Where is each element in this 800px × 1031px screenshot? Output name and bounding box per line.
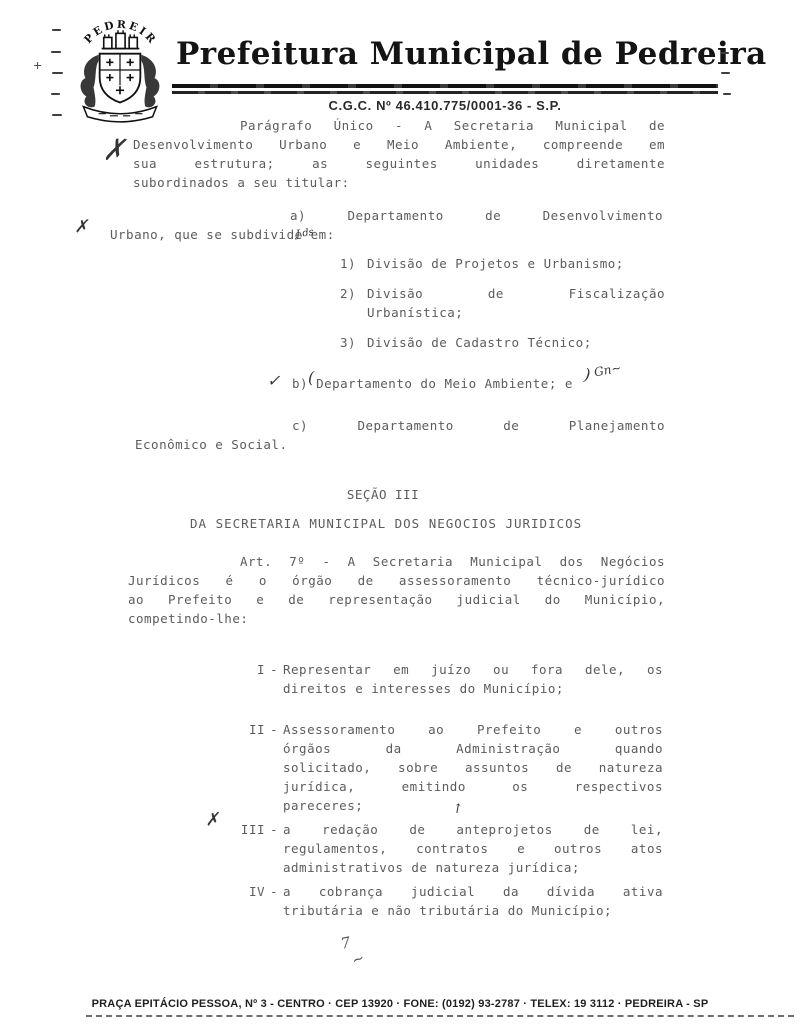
roman-item-I: I - Representar em juízo ou fora dele, o… — [225, 660, 663, 698]
dash: - — [265, 820, 283, 877]
text-line: administrativos de natureza jurídica; — [283, 858, 663, 877]
scan-artifact — [51, 93, 60, 95]
text-line: Urbanística; — [367, 303, 665, 322]
roman-number: II — [225, 720, 265, 815]
roman-item-IV: IV - a cobrança judicial da dívida ativa… — [225, 882, 663, 920]
roman-number: III — [225, 820, 265, 877]
section-heading: SEÇÃO III — [133, 485, 633, 504]
text-line: Econômico e Social. — [135, 435, 665, 454]
text-line: competindo-lhe: — [128, 609, 665, 628]
handwritten-page-number: 7 — [340, 935, 352, 952]
text-line: Divisão de Fiscalização — [367, 284, 665, 303]
roman-item-III: III - a redação de anteprojetos de lei, … — [225, 820, 663, 877]
text-line: tributária e não tributária do Município… — [283, 901, 663, 920]
text-line: Divisão de Cadastro Técnico; — [367, 333, 665, 352]
sublist-item-1: 1) Divisão de Projetos e Urbanismo; — [340, 254, 665, 273]
paragrafo-unico: Parágrafo Único - A Secretaria Municipal… — [133, 116, 665, 192]
text-line: solicitado, sobre assuntos de natureza — [283, 758, 663, 777]
footer-address: PRAÇA EPITÁCIO PESSOA, Nº 3 - CENTRO · C… — [55, 998, 745, 1010]
artigo-7: Art. 7º - A Secretaria Municipal dos Neg… — [128, 552, 665, 628]
handwritten-plus-mark: + — [33, 60, 42, 71]
roman-number: I — [225, 660, 265, 698]
handwritten-flourish: ~ — [349, 950, 367, 969]
handwritten-x-mark: ✗ — [204, 811, 220, 829]
text-line: a) Departamento de Desenvolvimento — [290, 206, 663, 225]
handwritten-check-mark: ✓ — [267, 373, 280, 389]
text-line: Assessoramento ao Prefeito e outros — [283, 720, 663, 739]
item-c: c) Departamento de Planejamento Econômic… — [135, 416, 665, 454]
header-rule-bottom — [172, 91, 718, 94]
emblem-arc-text: PEDREIRA — [66, 12, 160, 47]
handwritten-x-mark: ✗ — [102, 133, 126, 168]
scan-artifact — [52, 114, 62, 116]
sublist-item-3: 3) Divisão de Cadastro Técnico; — [340, 333, 665, 352]
cgc-registration-line: C.G.C. Nº 46.410.775/0001-36 - S.P. — [172, 98, 718, 113]
text-line: regulamentos, contratos e outros atos — [283, 839, 663, 858]
scan-artifact — [723, 93, 731, 95]
item-b: b) Departamento do Meio Ambiente; e — [292, 374, 573, 393]
text-line: jurídica, emitindo os respectivos — [283, 777, 663, 796]
sublist-item-2: 2) Divisão de Fiscalização Urbanística; — [340, 284, 665, 322]
roman-text: a redação de anteprojetos de lei, regula… — [283, 820, 663, 877]
roman-text: a cobrança judicial da dívida ativa trib… — [283, 882, 663, 920]
item-a: a) Departamento de Desenvolvimento Urban… — [110, 206, 663, 244]
text-line: subordinados a seu titular: — [133, 173, 665, 192]
scanned-document-page: PEDREIRA — [0, 0, 800, 1031]
sublist: 1) Divisão de Projetos e Urbanismo; 2) D… — [340, 254, 665, 363]
sublist-text: Divisão de Fiscalização Urbanística; — [367, 284, 665, 322]
sublist-number: 3) — [340, 333, 367, 352]
header-rule-top — [172, 84, 718, 88]
roman-text: Assessoramento ao Prefeito e outros órgã… — [283, 720, 663, 815]
sublist-number: 1) — [340, 254, 367, 273]
scan-artifact — [721, 52, 729, 54]
scan-artifact — [721, 72, 730, 74]
text-line: direitos e interesses do Município; — [283, 679, 663, 698]
handwritten-x-mark: ✗ — [73, 219, 88, 237]
text-line: Art. 7º - A Secretaria Municipal dos Neg… — [240, 552, 665, 571]
text-line: sua estrutura; as seguintes unidades dir… — [133, 154, 665, 173]
dash: - — [265, 660, 283, 698]
scan-artifact — [52, 72, 63, 74]
text-line: a redação de anteprojetos de lei, — [283, 820, 663, 839]
text-line: Divisão de Projetos e Urbanismo; — [367, 254, 665, 273]
municipal-coat-of-arms: PEDREIRA — [66, 12, 174, 130]
text-line: pareceres; — [283, 796, 663, 815]
scan-artifact — [51, 51, 61, 53]
roman-item-II: II - Assessoramento ao Prefeito e outros… — [225, 720, 663, 815]
scan-artifact — [52, 29, 61, 31]
text-line: a cobrança judicial da dívida ativa — [283, 882, 663, 901]
text-line: Urbano, que se subdivide em: — [110, 225, 663, 244]
dash: - — [265, 882, 283, 920]
handwritten-close-paren: ) — [583, 367, 591, 384]
text-line: Jurídicos é o órgão de assessoramento té… — [128, 571, 665, 590]
handwritten-open-paren: ( — [308, 370, 314, 386]
text-line: Desenvolvimento Urbano e Meio Ambiente, … — [133, 135, 665, 154]
text-line: c) Departamento de Planejamento — [292, 416, 665, 435]
shield-icon — [100, 54, 141, 103]
text-line: órgãos da Administração quando — [283, 739, 663, 758]
text-line: Representar em juízo ou fora dele, os — [283, 660, 663, 679]
footer-rule — [86, 1015, 794, 1017]
text-line: ao Prefeito e de representação judicial … — [128, 590, 665, 609]
handwritten-insert-caret: ↑ — [451, 802, 464, 817]
handwritten-scribble: Gn~ — [593, 362, 622, 379]
roman-text: Representar em juízo ou fora dele, os di… — [283, 660, 663, 698]
page-title: Prefeitura Municipal de Pedreira — [176, 36, 736, 72]
dash: - — [265, 720, 283, 815]
text-line: Parágrafo Único - A Secretaria Municipal… — [240, 116, 665, 135]
section-subheading: DA SECRETARIA MUNICIPAL DOS NEGOCIOS JUR… — [190, 514, 582, 533]
sublist-number: 2) — [340, 284, 367, 322]
roman-number: IV — [225, 882, 265, 920]
